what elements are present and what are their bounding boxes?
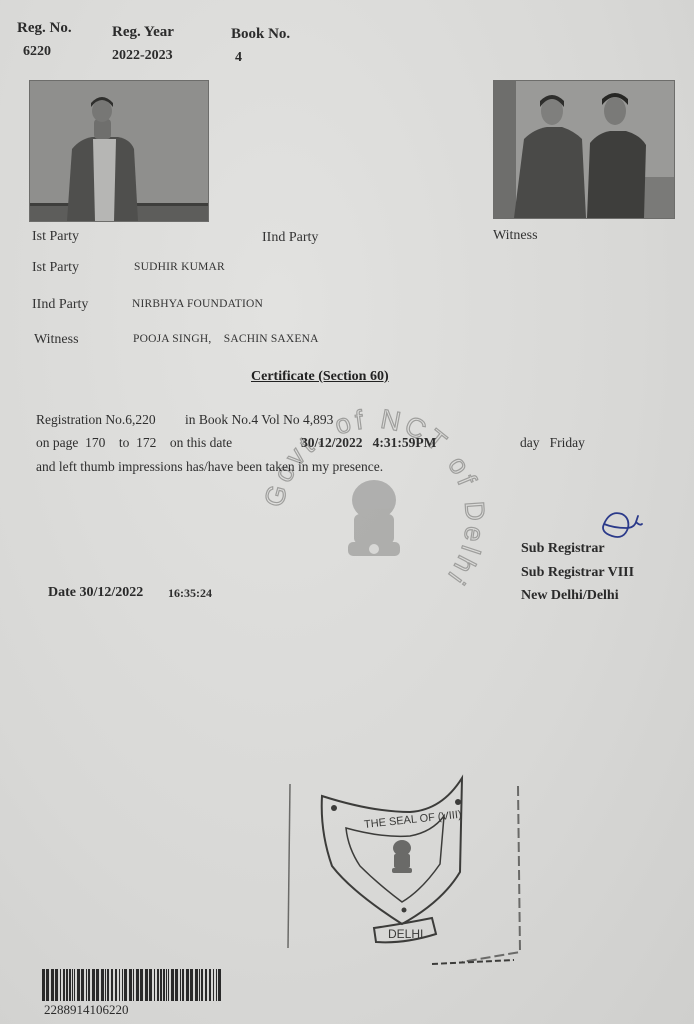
footer-time: 16:35:24 (168, 586, 212, 601)
party-name-first: SUDHIR KUMAR (134, 261, 225, 273)
party-name-witness: POOJA SINGH, SACHIN SAXENA (133, 333, 319, 345)
book-no-value: 4 (235, 50, 242, 66)
party-label-first: Ist Party (32, 260, 79, 276)
registrar-title: Sub Registrar (521, 541, 605, 557)
reg-year-value: 2022-2023 (112, 48, 173, 64)
certificate-statement: and left thumb impressions has/have been… (36, 459, 383, 475)
witness-photo (493, 80, 675, 219)
witness-photo-caption: Witness (493, 228, 538, 244)
certificate-day: day Friday (520, 435, 585, 451)
book-no-label: Book No. (231, 26, 290, 43)
footer-date: Date 30/12/2022 (48, 585, 143, 601)
certificate-title: Certificate (Section 60) (251, 369, 389, 385)
reg-no-value: 6220 (23, 44, 51, 60)
certificate-book-vol: in Book No.4 Vol No 4,893 (185, 412, 333, 428)
document-barcode (42, 969, 223, 1001)
sub-registrar-shield-seal: THE SEAL OF (VIII) DELHI (282, 772, 527, 972)
national-emblem-icon (348, 480, 400, 556)
emblem-icon (392, 840, 412, 873)
witnesses-photo-icon (494, 81, 674, 218)
reg-no-label: Reg. No. (17, 20, 72, 37)
first-party-photo (29, 80, 209, 222)
party-label-witness: Witness (34, 332, 79, 348)
registration-certificate-page: Reg. No. 6220 Reg. Year 2022-2023 Book N… (0, 0, 694, 1024)
reg-year-label: Reg. Year (112, 24, 174, 41)
party-label-second: IInd Party (32, 297, 88, 313)
second-party-photo-caption: IInd Party (262, 230, 318, 246)
first-party-photo-caption: Ist Party (32, 229, 79, 245)
certificate-datetime: 30/12/2022 4:31:59PM (301, 435, 436, 451)
registrar-signature (596, 506, 646, 546)
certificate-registration-no: Registration No.6,220 (36, 412, 156, 428)
person-photo-icon (30, 81, 208, 221)
registrar-location: New Delhi/Delhi (521, 588, 619, 604)
barcode-number: 2288914106220 (44, 1002, 129, 1018)
certificate-pages: on page 170 to 172 on this date (36, 435, 232, 451)
registrar-office: Sub Registrar VIII (521, 565, 634, 581)
party-name-second: NIRBHYA FOUNDATION (132, 298, 263, 310)
svg-text:DELHI: DELHI (388, 927, 423, 941)
